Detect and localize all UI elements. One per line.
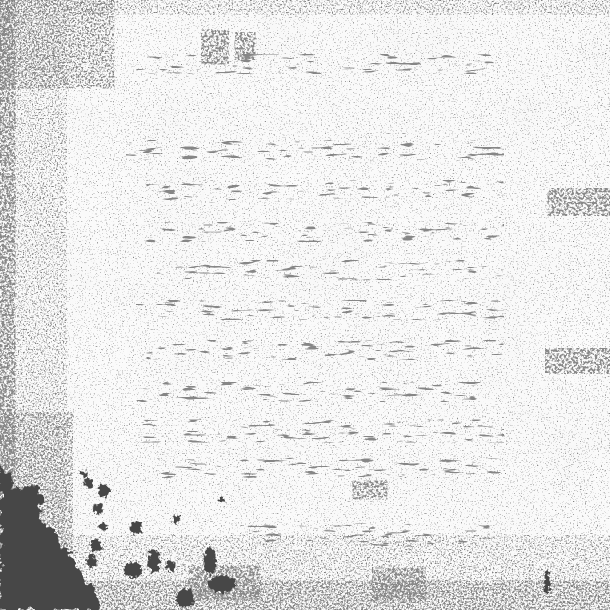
- dash-row: [140, 144, 490, 156]
- top-edge-strip: [0, 0, 610, 14]
- cluster-top-2: [236, 34, 254, 58]
- cluster-top-1: [203, 32, 227, 62]
- drip-streak: [204, 547, 216, 575]
- cluster-bottom-2: [376, 570, 422, 598]
- drip-spot: [176, 589, 194, 607]
- drip-spot: [130, 522, 142, 534]
- drip-spot: [124, 562, 142, 578]
- grunge-texture-image: [0, 0, 610, 610]
- texture-canvas: [0, 0, 610, 610]
- drip-spot: [90, 540, 102, 552]
- cluster-right-1: [550, 350, 608, 372]
- drip-spot: [99, 523, 107, 531]
- drip-streak: [544, 570, 550, 596]
- dash-row: [150, 58, 480, 70]
- drip-streak: [148, 549, 160, 573]
- cluster-mid-1: [355, 482, 385, 498]
- dash-row: [170, 462, 490, 474]
- drip-spot: [172, 515, 180, 523]
- drip-spot: [81, 471, 87, 477]
- drip-spot: [85, 555, 97, 567]
- drip-spot: [84, 478, 94, 488]
- drip-spot: [166, 561, 176, 571]
- right-edge-band: [556, 0, 610, 610]
- drip-spot: [208, 576, 236, 592]
- dash-row: [150, 226, 490, 238]
- drip-spot: [219, 497, 225, 503]
- cluster-right-2: [552, 190, 606, 214]
- dash-row: [150, 304, 490, 316]
- drip-spot: [93, 504, 103, 514]
- dash-row: [150, 386, 480, 398]
- dash-row: [150, 424, 490, 438]
- drip-spot: [98, 485, 110, 497]
- dash-row: [170, 264, 490, 276]
- dash-row: [160, 344, 490, 356]
- dash-row: [160, 184, 490, 196]
